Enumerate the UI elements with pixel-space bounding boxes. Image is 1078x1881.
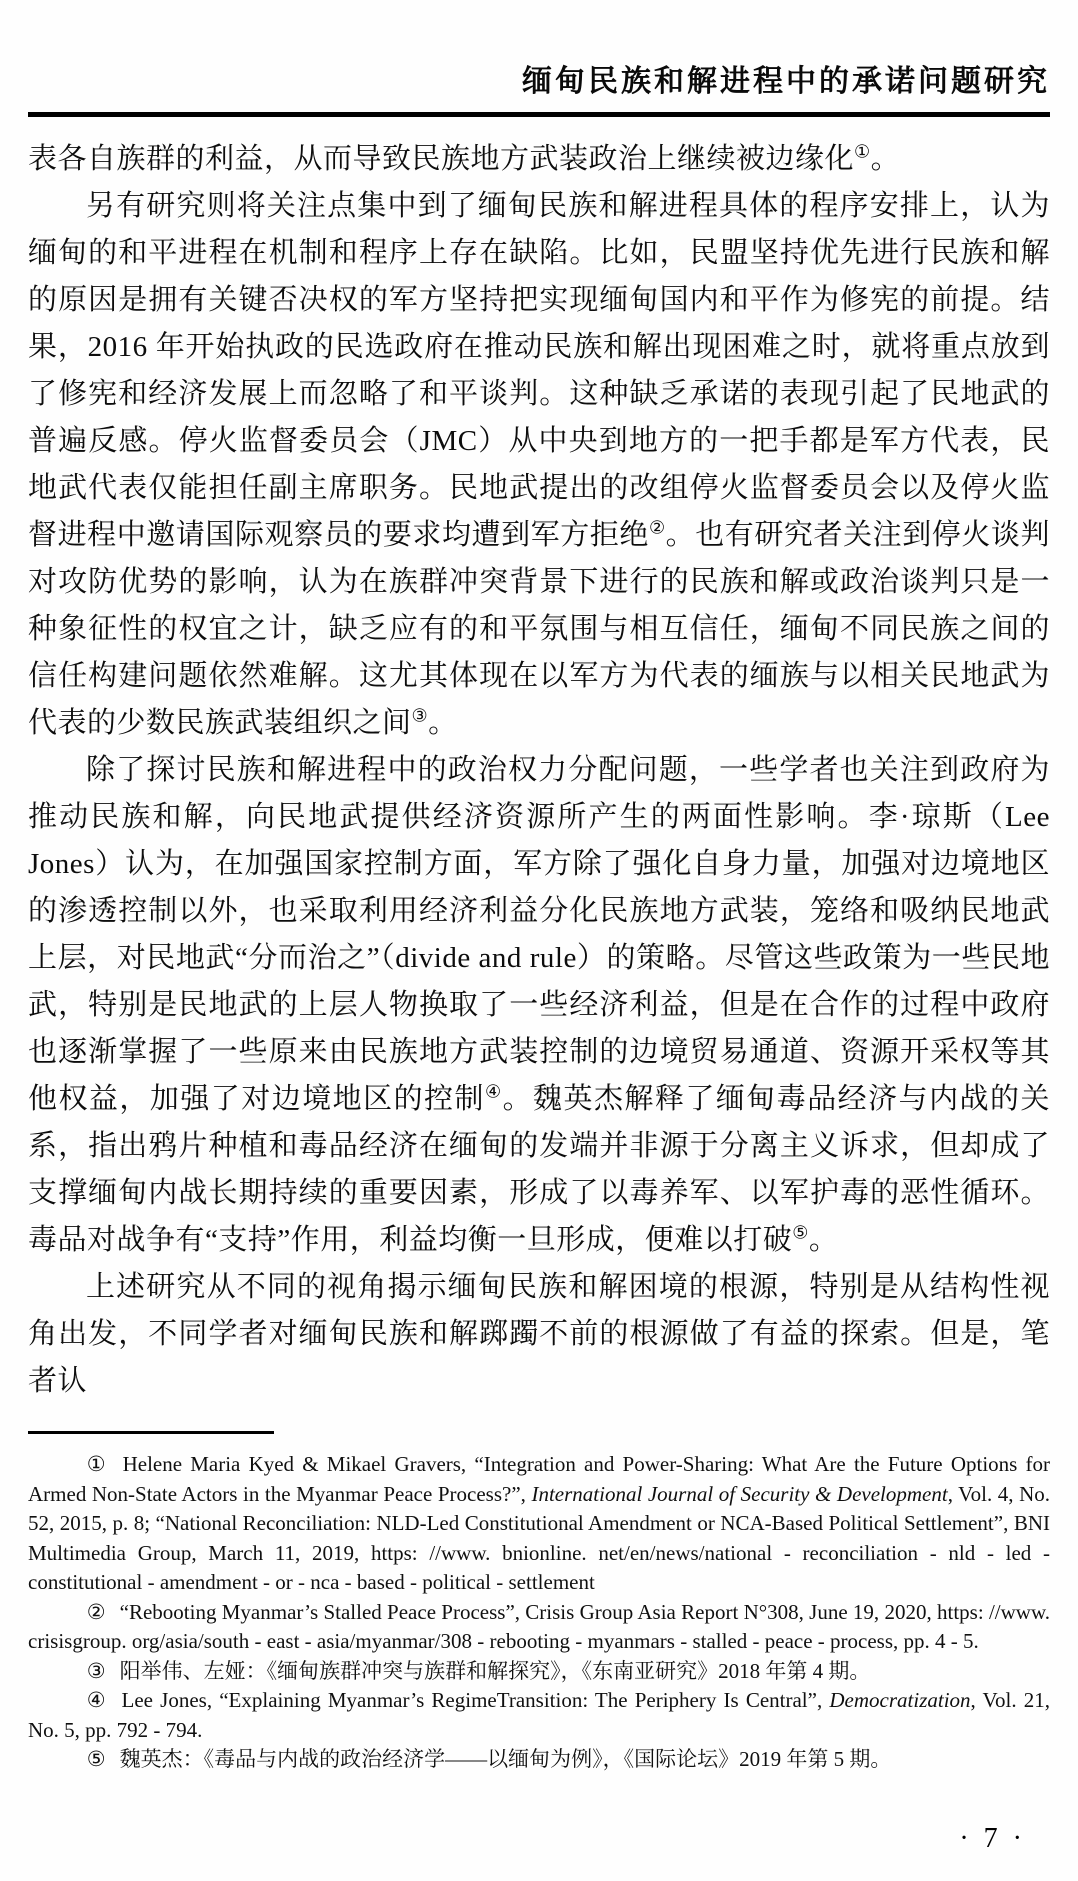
footnote-ref: ④	[485, 1081, 503, 1101]
footnote-text: 魏英杰：《毒品与内战的政治经济学——以缅甸为例》，《国际论坛》2019 年第 5…	[120, 1747, 892, 1771]
footnote-area: ①Helene Maria Kyed & Mikael Gravers, “In…	[28, 1431, 1050, 1775]
footnote-text: International Journal of Security & Deve…	[531, 1482, 947, 1506]
paragraph: 除了探讨民族和解进程中的政治权力分配问题，一些学者也关注到政府为推动民族和解，向…	[28, 747, 1050, 1264]
page-number: · 7 ·	[959, 1823, 1026, 1855]
footnote-text: 阳举伟、左娅：《缅甸族群冲突与族群和解探究》，《东南亚研究》2018 年第 4 …	[120, 1659, 871, 1683]
paragraph: 上述研究从不同的视角揭示缅甸民族和解困境的根源，特别是从结构性视角出发，不同学者…	[28, 1264, 1050, 1405]
footnote-text: Democratization	[829, 1688, 970, 1712]
paragraph: 表各自族群的利益，从而导致民族地方武装政治上继续被边缘化①。	[28, 136, 1050, 183]
footnote-list: ①Helene Maria Kyed & Mikael Gravers, “In…	[28, 1450, 1050, 1775]
footnote: ④Lee Jones, “Explaining Myanmar’s Regime…	[28, 1686, 1050, 1745]
footnote-ref: ③	[412, 705, 429, 725]
footnote-marker: ④	[87, 1688, 122, 1712]
footnote-marker: ③	[87, 1659, 120, 1683]
footnote: ②“Rebooting Myanmar’s Stalled Peace Proc…	[28, 1598, 1050, 1657]
footnote-ref: ①	[854, 141, 871, 161]
scanned-book-page: 缅甸民族和解进程中的承诺问题研究 表各自族群的利益，从而导致民族地方武装政治上继…	[0, 0, 1078, 1881]
footnote: ①Helene Maria Kyed & Mikael Gravers, “In…	[28, 1450, 1050, 1598]
footnote-marker: ①	[87, 1452, 123, 1476]
footnote: ⑤魏英杰：《毒品与内战的政治经济学——以缅甸为例》，《国际论坛》2019 年第 …	[28, 1745, 1050, 1775]
footnote-ref: ⑤	[792, 1222, 809, 1242]
footnote-separator-rule	[28, 1431, 274, 1434]
body-text: 表各自族群的利益，从而导致民族地方武装政治上继续被边缘化①。另有研究则将关注点集…	[28, 136, 1050, 1405]
paragraph: 另有研究则将关注点集中到了缅甸民族和解进程具体的程序安排上，认为缅甸的和平进程在…	[28, 183, 1050, 747]
header-rule	[28, 112, 1050, 117]
running-header-title: 缅甸民族和解进程中的承诺问题研究	[28, 0, 1050, 102]
footnote: ③阳举伟、左娅：《缅甸族群冲突与族群和解探究》，《东南亚研究》2018 年第 4…	[28, 1657, 1050, 1687]
footnote-marker: ⑤	[87, 1747, 120, 1771]
footnote-marker: ②	[87, 1600, 120, 1624]
footnote-text: “Rebooting Myanmar’s Stalled Peace Proce…	[28, 1600, 1050, 1654]
page-header: 缅甸民族和解进程中的承诺问题研究	[28, 0, 1050, 117]
footnote-ref: ②	[649, 517, 666, 537]
footnote-text: Lee Jones, “Explaining Myanmar’s RegimeT…	[122, 1688, 830, 1712]
